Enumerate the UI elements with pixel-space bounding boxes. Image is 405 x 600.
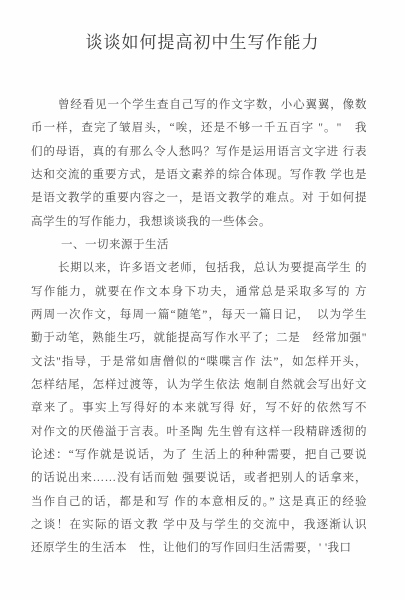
text-line: 对作文的厌倦溢于言表。叶圣陶 先生曾有这样一段精辟透彻的 [31,421,367,444]
section-heading: 一、一切来源于生活 [31,234,367,257]
text-line: 是语文教学的重要内容之一，是语文教学的难点。对 于如何提 [31,187,367,210]
text-line: 高学生的写作能力，我想谈谈我的一些体会。 [31,211,367,234]
text-line: 的话说出来……没有话而勉 强要说话，或者把别人的话拿来， [31,467,367,490]
text-line: 两周一次作文，每周一篇“随笔”，每天一篇日记， 以为学生 [31,304,367,327]
text-line: 达和交流的重要方式，是语文素养的综合体现。写作教 学也是 [31,164,367,187]
text-line: 之谈！在实际的语文教 学中及与学生的交流中，我逐渐认识到， [31,514,367,537]
text-line: 文法"指导，于是常如唐僧似的“喋喋言作 法”，如怎样开头， [31,351,367,374]
text-line: 论述：“写作就是说话，为了 生活上的种种需要，把自己要说 [31,444,367,467]
page-title: 谈谈如何提高初中生写作能力 [0,0,405,53]
document-page: 谈谈如何提高初中生写作能力 曾经看见一个学生查自己写的作文字数，小心翼翼，像数 … [0,0,405,600]
text-line: 曾经看见一个学生查自己写的作文字数，小心翼翼，像数 金 [31,94,367,117]
text-line: 怎样结尾，怎样过渡等，认为学生依法 炮制自然就会写出好文 [31,374,367,397]
document-body: 曾经看见一个学生查自己写的作文字数，小心翼翼，像数 金币一样，查完了皱眉头，“唉… [0,94,405,561]
text-line: 写作能力，就要在作文本身下功夫，通常总是采取多写的 方法， [31,281,367,304]
text-line: 币一样，查完了皱眉头，“唉，还是不够一千五百字 "。" 我 [31,117,367,140]
text-line: 还原学生的生活本 性，让他们的写作回归生活需要，' '我口 [31,537,367,560]
text-line: 勤于动笔，熟能生巧，就能提高写作水平了；二是 经常加强" [31,327,367,350]
text-line: 长期以来，许多语文老师，包括我，总认为要提高学生 的 [31,257,367,280]
text-line: 们的母语，真的有那么令人愁吗？写作是运用语言文字进 行表 [31,141,367,164]
text-line: 章来了。事实上写得好的本来就写得 好，写不好的依然写不好， [31,397,367,420]
text-line: 当作自己的话，都是和写 作的本意相反的。” 这是真正的经验 [31,491,367,514]
